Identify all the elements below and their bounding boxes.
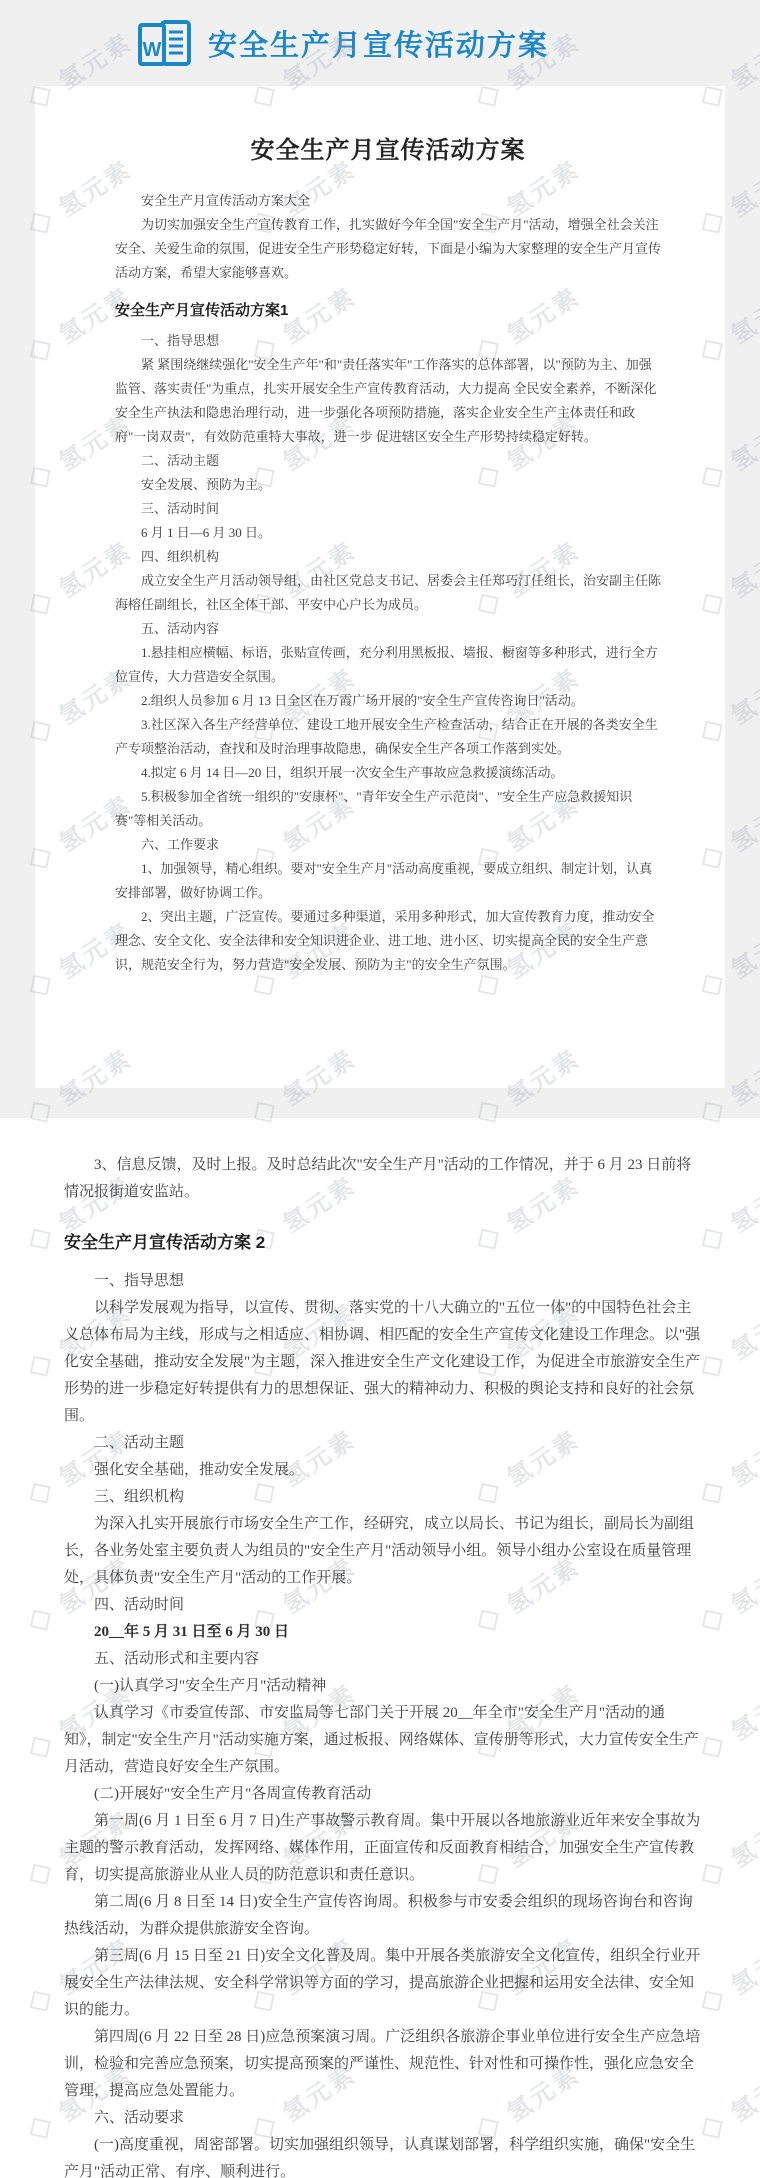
paragraph: 第三周(6 月 15 日至 21 日)安全文化普及周。集中开展各类旅游安全文化宣… — [64, 1943, 702, 2024]
paragraph: 六、工作要求 — [115, 833, 661, 857]
paragraph: 为切实加强安全生产宣传教育工作，扎实做好今年全国"安全生产月"活动，增强全社会关… — [115, 213, 661, 285]
document-body-2: 3、信息反馈，及时上报。及时总结此次"安全生产月"活动的工作情况，并于 6 月 … — [64, 1152, 702, 2178]
paragraph: 安全发展、预防为主。 — [115, 473, 661, 497]
paragraph: 6 月 1 日—6 月 30 日。 — [115, 521, 661, 545]
paragraph: 三、组织机构 — [64, 1484, 702, 1511]
paragraph: (一)认真学习"安全生产月"活动精神 — [64, 1673, 702, 1700]
site-title[interactable]: 安全生产月宣传活动方案 — [208, 23, 549, 64]
paragraph: 五、活动形式和主要内容 — [64, 1646, 702, 1673]
paragraph: 一、指导思想 — [115, 329, 661, 353]
paragraph: 六、活动要求 — [64, 2105, 702, 2132]
paragraph: 2、突出主题，广泛宣传。要通过多种渠道，采用多种形式，加大宣传教育力度，推动安全… — [115, 905, 661, 977]
section-heading: 安全生产月宣传活动方案 2 — [64, 1232, 702, 1254]
paragraph: (二)开展好"安全生产月"各周宣传教育活动 — [64, 1781, 702, 1808]
site-header: W 安全生产月宣传活动方案 — [0, 0, 760, 86]
paragraph: 5.积极参加全省统一组织的"安康杯"、"青年安全生产示范岗"、"安全生产应急救援… — [115, 785, 661, 833]
paragraph: 安全生产月宣传活动方案大全 — [115, 189, 661, 213]
paragraph: 紧 紧围绕继续强化"安全生产年"和"责任落实年"工作落实的总体部署，以"预防为主… — [115, 353, 661, 449]
paragraph: 成立安全生产月活动领导组，由社区党总支书记、居委会主任郑巧汀任组长，治安副主任陈… — [115, 569, 661, 617]
word-document-icon[interactable]: W — [136, 19, 194, 67]
paragraph: 3、信息反馈，及时上报。及时总结此次"安全生产月"活动的工作情况，并于 6 月 … — [64, 1152, 702, 1206]
paragraph: 认真学习《市委宣传部、市安监局等七部门关于开展 20__年全市"安全生产月"活动… — [64, 1700, 702, 1781]
paragraph: 第二周(6 月 8 日至 14 日)安全生产宣传咨询周。积极参与市安委会组织的现… — [64, 1889, 702, 1943]
paragraph: 三、活动时间 — [115, 497, 661, 521]
paragraph: 二、活动主题 — [115, 449, 661, 473]
svg-text:W: W — [143, 39, 162, 61]
document-title: 安全生产月宣传活动方案 — [115, 130, 661, 165]
document-page-1: 安全生产月宣传活动方案 安全生产月宣传活动方案大全为切实加强安全生产宣传教育工作… — [35, 86, 725, 1088]
document-page-2: 3、信息反馈，及时上报。及时总结此次"安全生产月"活动的工作情况，并于 6 月 … — [0, 1118, 760, 2178]
paragraph: 四、组织机构 — [115, 545, 661, 569]
document-body-1: 安全生产月宣传活动方案大全为切实加强安全生产宣传教育工作，扎实做好今年全国"安全… — [115, 189, 661, 977]
paragraph: 第四周(6 月 22 日至 28 日)应急预案演习周。广泛组织各旅游企事业单位进… — [64, 2024, 702, 2105]
paragraph: 强化安全基础，推动安全发展。 — [64, 1457, 702, 1484]
paragraph: 五、活动内容 — [115, 617, 661, 641]
paragraph: 3.社区深入各生产经营单位、建设工地开展安全生产检查活动，结合正在开展的各类安全… — [115, 713, 661, 761]
paragraph: 第一周(6 月 1 日至 6 月 7 日)生产事故警示教育周。集中开展以各地旅游… — [64, 1808, 702, 1889]
paragraph: 二、活动主题 — [64, 1430, 702, 1457]
paragraph: 四、活动时间 — [64, 1592, 702, 1619]
paragraph: 1.悬挂相应横幅、标语，张贴宣传画，充分利用黑板报、墙报、橱窗等多种形式，进行全… — [115, 641, 661, 689]
section-heading: 安全生产月宣传活动方案1 — [115, 301, 661, 321]
paragraph: 4.拟定 6 月 14 日—20 日，组织开展一次安全生产事故应急救援演练活动。 — [115, 761, 661, 785]
paragraph: 1、加强领导，精心组织。要对"安全生产月"活动高度重视，要成立组织、制定计划，认… — [115, 857, 661, 905]
paragraph: 2.组织人员参加 6 月 13 日全区在万霞广场开展的"安全生产宣传咨询日"活动… — [115, 689, 661, 713]
paragraph: 以科学发展观为指导，以宣传、贯彻、落实党的十八大确立的"五位一体"的中国特色社会… — [64, 1295, 702, 1430]
paragraph: 为深入扎实开展旅行市场安全生产工作，经研究，成立以局长、书记为组长，副局长为副组… — [64, 1511, 702, 1592]
paragraph: 一、指导思想 — [64, 1268, 702, 1295]
paragraph: (一)高度重视，周密部署。切实加强组织领导，认真谋划部署，科学组织实施，确保"安… — [64, 2132, 702, 2178]
paragraph: 20__年 5 月 31 日至 6 月 30 日 — [64, 1619, 702, 1646]
